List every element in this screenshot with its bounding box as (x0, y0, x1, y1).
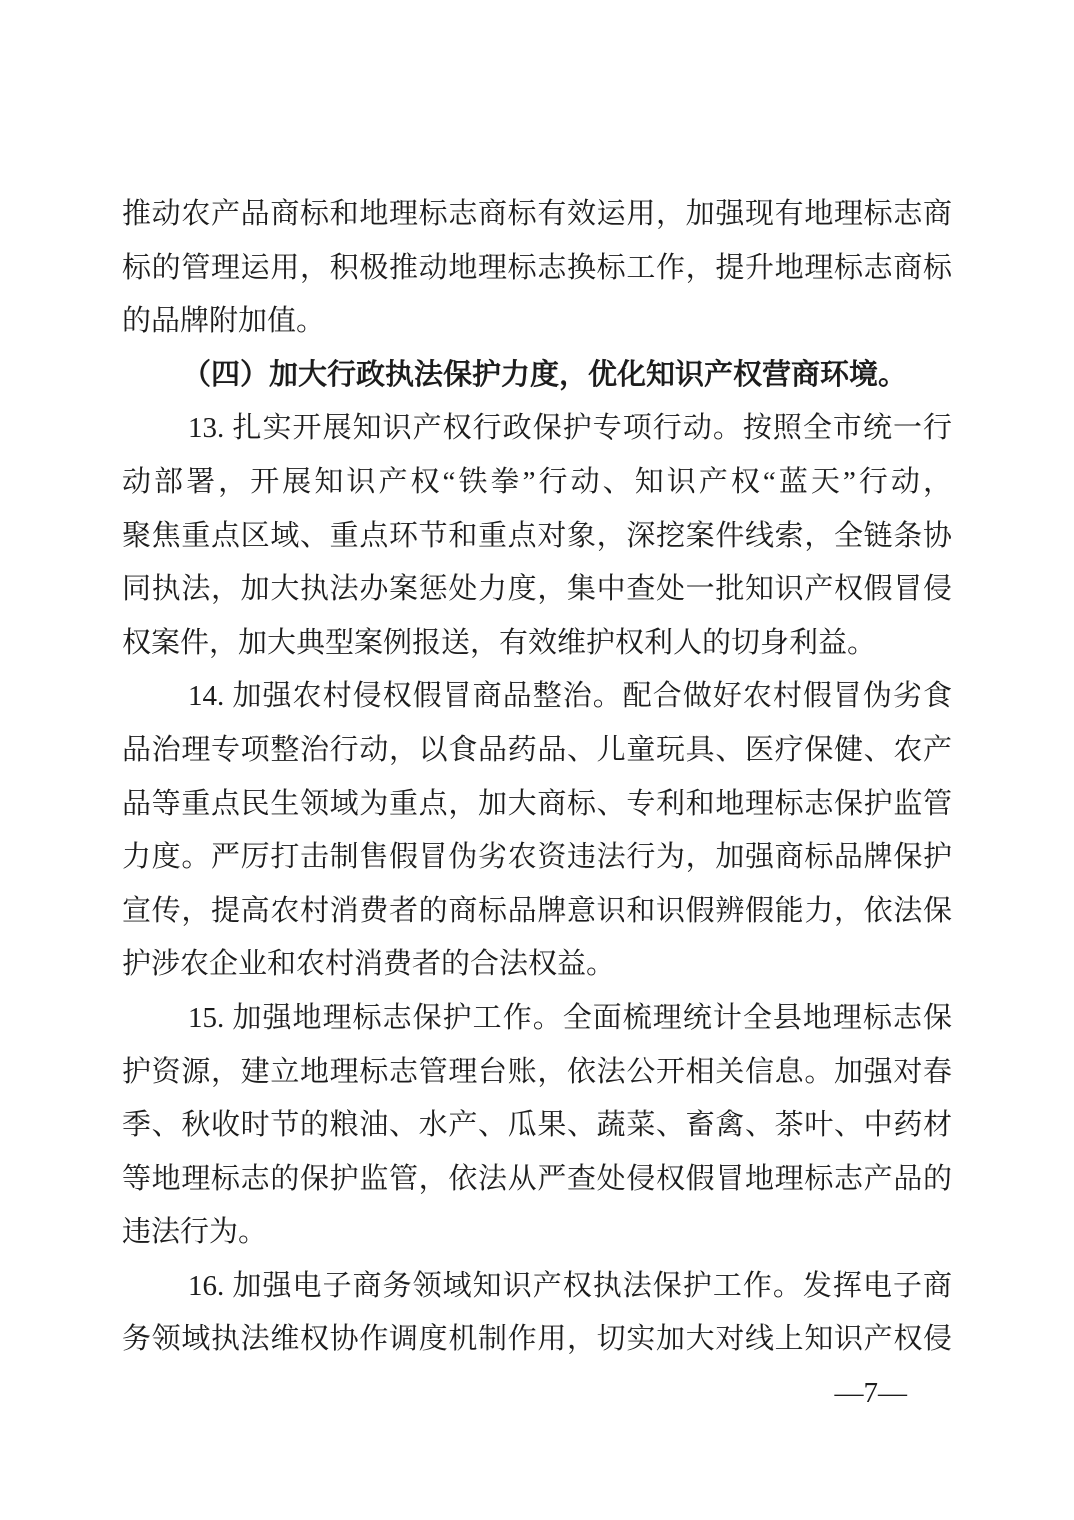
document-body: 推动农产品商标和地理标志商标有效运用，加强现有地理标志商 标的管理运用，积极推动… (122, 188, 952, 1367)
para-continuation-line-1: 推动农产品商标和地理标志商标有效运用，加强现有地理标志商 (122, 188, 952, 242)
document-page: 推动农产品商标和地理标志商标有效运用，加强现有地理标志商 标的管理运用，积极推动… (0, 0, 1074, 1520)
para-15-line-1: 15. 加强地理标志保护工作。全面梳理统计全县地理标志保 (122, 992, 952, 1046)
para-13-line-3: 聚焦重点区域、重点环节和重点对象，深挖案件线索，全链条协 (122, 510, 952, 564)
para-14-line-6: 护涉农企业和农村消费者的合法权益。 (122, 938, 952, 992)
section-heading-iv: （四）加大行政执法保护力度，优化知识产权营商环境。 (122, 349, 952, 403)
para-14-line-1: 14. 加强农村侵权假冒商品整治。配合做好农村假冒伪劣食 (122, 670, 952, 724)
para-15-line-5: 违法行为。 (122, 1206, 952, 1260)
para-15-line-2: 护资源，建立地理标志管理台账，依法公开相关信息。加强对春 (122, 1046, 952, 1100)
para-14-line-4: 力度。严厉打击制售假冒伪劣农资违法行为，加强商标品牌保护 (122, 831, 952, 885)
para-14-line-2: 品治理专项整治行动，以食品药品、儿童玩具、医疗保健、农产 (122, 724, 952, 778)
para-15-line-3: 季、秋收时节的粮油、水产、瓜果、蔬菜、畜禽、茶叶、中药材 (122, 1099, 952, 1153)
para-15-line-4: 等地理标志的保护监管，依法从严查处侵权假冒地理标志产品的 (122, 1153, 952, 1207)
para-13-line-2: 动部署，开展知识产权“铁拳”行动、知识产权“蓝天”行动， (122, 456, 952, 510)
para-13-line-5: 权案件，加大典型案例报送，有效维护权利人的切身利益。 (122, 617, 952, 671)
para-16-line-1: 16. 加强电子商务领域知识产权执法保护工作。发挥电子商 (122, 1260, 952, 1314)
para-13-line-1: 13. 扎实开展知识产权行政保护专项行动。按照全市统一行 (122, 402, 952, 456)
para-13-line-4: 同执法，加大执法办案惩处力度，集中查处一批知识产权假冒侵 (122, 563, 952, 617)
para-16-line-2: 务领域执法维权协作调度机制作用，切实加大对线上知识产权侵 (122, 1313, 952, 1367)
para-14-line-3: 品等重点民生领域为重点，加大商标、专利和地理标志保护监管 (122, 778, 952, 832)
para-continuation-line-2: 标的管理运用，积极推动地理标志换标工作，提升地理标志商标 (122, 242, 952, 296)
para-14-line-5: 宣传，提高农村消费者的商标品牌意识和识假辨假能力，依法保 (122, 885, 952, 939)
page-number: —7— (835, 1378, 908, 1408)
para-continuation-line-3: 的品牌附加值。 (122, 295, 952, 349)
